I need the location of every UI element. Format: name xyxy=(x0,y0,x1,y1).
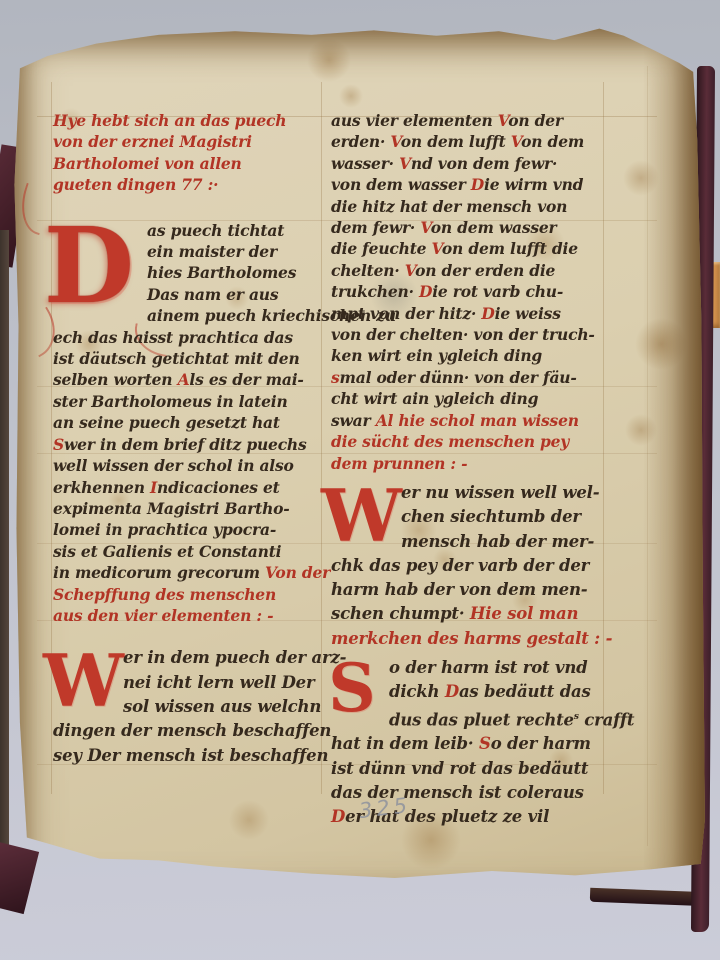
manuscript-line: Swer in dem brief ditz puechs xyxy=(53,434,329,455)
manuscript-line: harm hab der von dem men- xyxy=(331,578,601,602)
ink-text: on dem xyxy=(521,132,584,151)
ink-text: o der harm ist rot vnd xyxy=(389,658,588,677)
illuminated-initial-s: S xyxy=(319,658,385,722)
manuscript-line: die hitz hat der mensch von xyxy=(331,196,601,217)
manuscript-line: swar Al hie schol man wissen xyxy=(331,410,601,431)
ink-text: mensch hab der mer- xyxy=(401,532,594,551)
manuscript-line: expimenta Magistri Bartho- xyxy=(53,498,329,519)
ink-text: erkhennen xyxy=(53,478,150,497)
ink-text: crafft xyxy=(579,710,635,729)
ink-text: mpt von der hitz· xyxy=(331,304,481,323)
book-spine-edge xyxy=(0,230,9,870)
ink-text: ndicaciones et xyxy=(157,478,280,497)
manuscript-page: Hye hebt sich an das puechvon der erznei… xyxy=(13,26,707,908)
rubricated-text: D xyxy=(445,682,459,701)
text-block: Das puech tichtatein maister derhies Bar… xyxy=(53,220,329,627)
manuscript-line: an seine puech gesetzt hat xyxy=(53,412,329,433)
ink-text: dus das pluet rechte xyxy=(389,710,574,729)
text-block: aus vier elementen Von dererden· Von dem… xyxy=(331,110,601,474)
ruling-line xyxy=(647,66,648,846)
ink-text: swar xyxy=(331,411,376,430)
ink-text: on dem lufft xyxy=(401,132,511,151)
book-cover-bottom-left xyxy=(0,842,39,914)
manuscript-line: well wissen der schol in also xyxy=(53,455,329,476)
ink-text: mal oder dünn· von der fäu- xyxy=(340,368,577,387)
ink-text: Das nam er aus xyxy=(147,285,278,304)
ink-text: hies Bartholomes xyxy=(147,263,296,282)
rubricated-text: V xyxy=(399,154,411,173)
ink-text: er nu wissen well wel- xyxy=(401,483,599,502)
manuscript-line: cht wirt ain ygleich ding xyxy=(331,388,601,409)
manuscript-line: merkchen des harms gestalt : - xyxy=(331,627,601,651)
rubricated-text: S xyxy=(53,435,64,454)
text-column-right: aus vier elementen Von dererden· Von dem… xyxy=(331,110,601,830)
ink-text: wasser· xyxy=(331,154,399,173)
ink-text: an seine puech gesetzt hat xyxy=(53,413,280,432)
rubricated-text: Hye hebt sich an das puech xyxy=(53,111,286,130)
manuscript-line: chk das pey der varb der der xyxy=(331,554,601,578)
ink-text: wer in dem brief ditz puechs xyxy=(64,435,307,454)
manuscript-line: dingen der mensch beschaffen xyxy=(53,719,329,743)
ink-text: dickh xyxy=(389,682,445,701)
ink-text: on der xyxy=(508,111,563,130)
rubric-heading: Hye hebt sich an das puechvon der erznei… xyxy=(53,110,329,196)
ink-text: von dem wasser xyxy=(331,175,471,194)
manuscript-line: ech das haisst prachtica das xyxy=(53,327,329,348)
text-block: Wer in dem puech der arz-nei icht lern w… xyxy=(53,646,329,767)
ink-text: trukchen· xyxy=(331,282,419,301)
ink-text: chelten· xyxy=(331,261,405,280)
ink-text: er in dem puech der arz- xyxy=(123,648,346,667)
rubricated-text: Schepffung des menschen xyxy=(53,585,276,604)
rubricated-text: merkchen des harms gestalt : - xyxy=(331,629,612,648)
page-fore-edge xyxy=(643,26,707,908)
manuscript-line: mpt von der hitz· Die weiss xyxy=(331,303,601,324)
ink-text: hat in dem leib· xyxy=(331,734,479,753)
ink-text: as puech tichtat xyxy=(147,221,284,240)
ruling-line xyxy=(603,82,604,794)
manuscript-line: selben worten Als es der mai- xyxy=(53,369,329,390)
text-column-left: Hye hebt sich an das puechvon der erznei… xyxy=(53,110,329,768)
ink-text: on dem lufft die xyxy=(442,239,578,258)
ink-text: nd von dem fewr· xyxy=(411,154,557,173)
manuscript-line: ist dünn vnd rot das bedäutt xyxy=(331,757,601,781)
rubricated-text: V xyxy=(432,239,442,258)
ink-text: sol wissen aus welchn xyxy=(123,697,321,716)
ink-text: ster Bartholomeus in latein xyxy=(53,392,288,411)
rubricated-text: V xyxy=(511,132,521,151)
manuscript-line: die sücht des menschen pey xyxy=(331,431,601,452)
rubricated-text: V xyxy=(420,218,430,237)
ink-text: well wissen der schol in also xyxy=(53,456,294,475)
ink-text: ein maister der xyxy=(147,242,277,261)
manuscript-line: in medicorum grecorum Von der xyxy=(53,562,329,583)
ink-text: ie wirm vnd xyxy=(484,175,583,194)
manuscript-line: von der chelten· von der truch- xyxy=(331,324,601,345)
manuscript-line: von der erznei Magistri xyxy=(53,131,329,152)
ink-text: lomei in prachtica ypocra- xyxy=(53,520,276,539)
manuscript-line: dem fewr· Von dem wasser xyxy=(331,217,601,238)
manuscript-line: die feuchte Von dem lufft die xyxy=(331,238,601,259)
manuscript-line: Schepffung des menschen xyxy=(53,584,329,605)
rubricated-text: V xyxy=(498,111,508,130)
manuscript-line: sey Der mensch ist beschaffen xyxy=(53,744,329,768)
ink-text: ie rot varb chu- xyxy=(432,282,563,301)
rubricated-text: D xyxy=(481,304,494,323)
ink-text: o der harm xyxy=(491,734,591,753)
ink-text: schen chumpt· xyxy=(331,604,470,623)
ink-text: ech das haisst prachtica das xyxy=(53,328,293,347)
ink-text: erden· xyxy=(331,132,390,151)
manuscript-line: aus vier elementen Von der xyxy=(331,110,601,131)
rubricated-text: S xyxy=(479,734,491,753)
rubricated-text: Bartholomei von allen xyxy=(53,154,242,173)
ink-text: ls es der mai- xyxy=(189,370,303,389)
manuscript-line: Hye hebt sich an das puech xyxy=(53,110,329,131)
ink-text: sey Der mensch ist beschaffen xyxy=(53,746,328,765)
ink-text: on der erden die xyxy=(415,261,555,280)
ink-text: ie weiss xyxy=(495,304,561,323)
ink-text: von der chelten· von der truch- xyxy=(331,325,595,344)
ink-text: ist dünn vnd rot das bedäutt xyxy=(331,759,588,778)
ink-text: on dem wasser xyxy=(431,218,557,237)
ink-text: dingen der mensch beschaffen xyxy=(53,721,331,740)
rubricated-text: V xyxy=(405,261,415,280)
ink-text: chen siechtumb der xyxy=(401,507,581,526)
rubricated-text: s xyxy=(331,368,340,387)
manuscript-line: Bartholomei von allen xyxy=(53,153,329,174)
rubricated-text: von der erznei Magistri xyxy=(53,132,252,151)
rubricated-text: D xyxy=(419,282,432,301)
ink-text: selben worten xyxy=(53,370,178,389)
manuscript-line: erden· Von dem lufft Von dem xyxy=(331,131,601,152)
manuscript-line: gueten dingen 77 :· xyxy=(53,174,329,195)
manuscript-line: lomei in prachtica ypocra- xyxy=(53,519,329,540)
ink-text: die feuchte xyxy=(331,239,432,258)
rubricated-text: gueten dingen 77 :· xyxy=(53,175,218,194)
rubricated-text: Hie sol man xyxy=(470,604,578,623)
ink-text: as bedäutt das xyxy=(459,682,591,701)
manuscript-line: ken wirt ein ygleich ding xyxy=(331,345,601,366)
text-block: Wer nu wissen well wel-chen siechtumb de… xyxy=(331,481,601,651)
illuminated-initial-w: W xyxy=(43,648,119,718)
manuscript-line: von dem wasser Die wirm vnd xyxy=(331,174,601,195)
ink-text: ist däutsch getichtat mit den xyxy=(53,349,300,368)
ink-text: sis et Galienis et Constanti xyxy=(53,542,281,561)
rubricated-text: Von der xyxy=(265,563,330,582)
manuscript-line: chelten· Von der erden die xyxy=(331,260,601,281)
manuscript-line: dem prunnen : - xyxy=(331,453,601,474)
manuscript-line: ist däutsch getichtat mit den xyxy=(53,348,329,369)
ink-text: nei icht lern well Der xyxy=(123,673,314,692)
manuscript-line: wasser· Vnd von dem fewr· xyxy=(331,153,601,174)
rubricated-text: V xyxy=(390,132,400,151)
ink-text: die hitz hat der mensch von xyxy=(331,197,567,216)
rubricated-text: D xyxy=(471,175,484,194)
ink-text: aus vier elementen xyxy=(331,111,498,130)
illuminated-initial-w: W xyxy=(321,483,397,553)
manuscript-line: smal oder dünn· von der fäu- xyxy=(331,367,601,388)
ink-text: harm hab der von dem men- xyxy=(331,580,587,599)
manuscript-line: schen chumpt· Hie sol man xyxy=(331,602,601,626)
ink-text: ken wirt ein ygleich ding xyxy=(331,346,542,365)
rubricated-text: D xyxy=(331,807,345,826)
manuscript-line: hat in dem leib· So der harm xyxy=(331,732,601,756)
rubricated-text: I xyxy=(150,478,157,497)
illuminated-initial-d: D xyxy=(37,222,141,316)
rubricated-text: Al hie schol man wissen xyxy=(376,411,579,430)
ink-text: in medicorum grecorum xyxy=(53,563,265,582)
rubricated-text: A xyxy=(178,370,190,389)
ink-text: chk das pey der varb der der xyxy=(331,556,589,575)
ink-text: dem fewr· xyxy=(331,218,420,237)
ink-text: cht wirt ain ygleich ding xyxy=(331,389,538,408)
ink-text: expimenta Magistri Bartho- xyxy=(53,499,290,518)
manuscript-line: aus den vier elementen : - xyxy=(53,605,329,626)
manuscript-line: erkhennen Indicaciones et xyxy=(53,477,329,498)
rubricated-text: die sücht des menschen pey xyxy=(331,432,569,451)
manuscript-line: ster Bartholomeus in latein xyxy=(53,391,329,412)
manuscript-line: sis et Galienis et Constanti xyxy=(53,541,329,562)
rubricated-text: dem prunnen : - xyxy=(331,454,467,473)
rubricated-text: aus den vier elementen : - xyxy=(53,606,273,625)
manuscript-line: trukchen· Die rot varb chu- xyxy=(331,281,601,302)
